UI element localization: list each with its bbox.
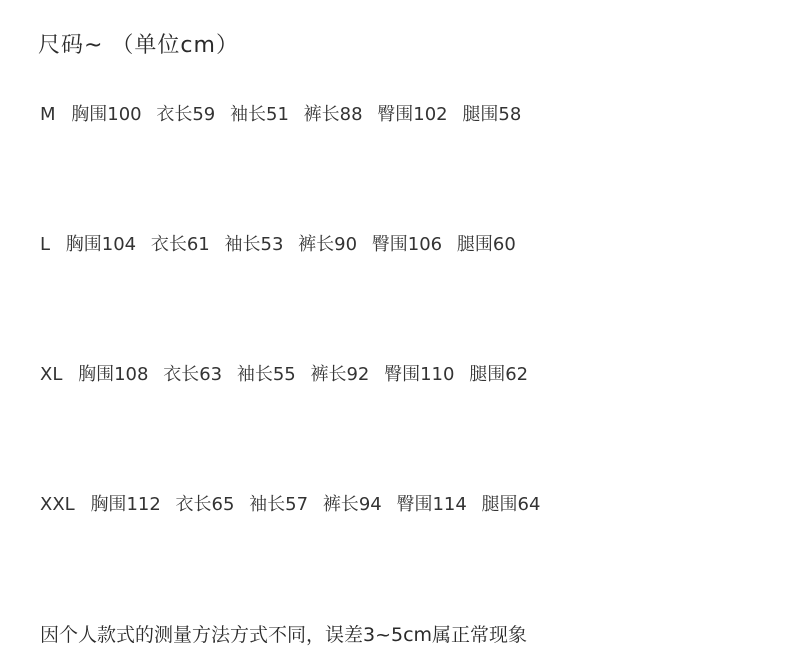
measurement-chest: 胸围108	[78, 364, 148, 385]
measurement-hip: 臀围114	[396, 494, 466, 515]
measurement-hip: 臀围110	[384, 364, 454, 385]
size-chart-title: 尺码~ （单位cm）	[38, 28, 239, 59]
measurement-chest: 胸围104	[66, 234, 136, 255]
measurement-pants-length: 裤长94	[323, 494, 382, 515]
measurement-pants-length: 裤长92	[310, 364, 369, 385]
measurement-thigh: 腿围58	[462, 104, 521, 125]
measurement-sleeve: 袖长53	[225, 234, 284, 255]
measurement-disclaimer: 因个人款式的测量方法方式不同，误差3~5cm属正常现象	[40, 620, 527, 647]
measurement-sleeve: 袖长55	[237, 364, 296, 385]
size-row-xl: XL 胸围108 衣长63 袖长55 裤长92 臀围110 腿围62	[40, 360, 537, 386]
measurement-sleeve: 袖长57	[249, 494, 308, 515]
size-label: XL	[40, 364, 62, 385]
measurement-length: 衣长59	[156, 104, 215, 125]
measurement-length: 衣长61	[151, 234, 210, 255]
size-label: M	[40, 104, 56, 125]
size-label: XXL	[40, 494, 75, 515]
measurement-thigh: 腿围62	[469, 364, 528, 385]
measurement-pants-length: 裤长90	[298, 234, 357, 255]
measurement-sleeve: 袖长51	[230, 104, 289, 125]
size-row-m: M 胸围100 衣长59 袖长51 裤长88 臀围102 腿围58	[40, 100, 530, 126]
measurement-length: 衣长65	[176, 494, 235, 515]
measurement-hip: 臀围102	[377, 104, 447, 125]
measurement-thigh: 腿围64	[482, 494, 541, 515]
measurement-chest: 胸围100	[71, 104, 141, 125]
measurement-chest: 胸围112	[90, 494, 160, 515]
measurement-length: 衣长63	[163, 364, 222, 385]
size-label: L	[40, 234, 50, 255]
size-row-xxl: XXL 胸围112 衣长65 袖长57 裤长94 臀围114 腿围64	[40, 490, 549, 516]
size-row-l: L 胸围104 衣长61 袖长53 裤长90 臀围106 腿围60	[40, 230, 525, 256]
measurement-hip: 臀围106	[372, 234, 442, 255]
measurement-thigh: 腿围60	[457, 234, 516, 255]
measurement-pants-length: 裤长88	[304, 104, 363, 125]
